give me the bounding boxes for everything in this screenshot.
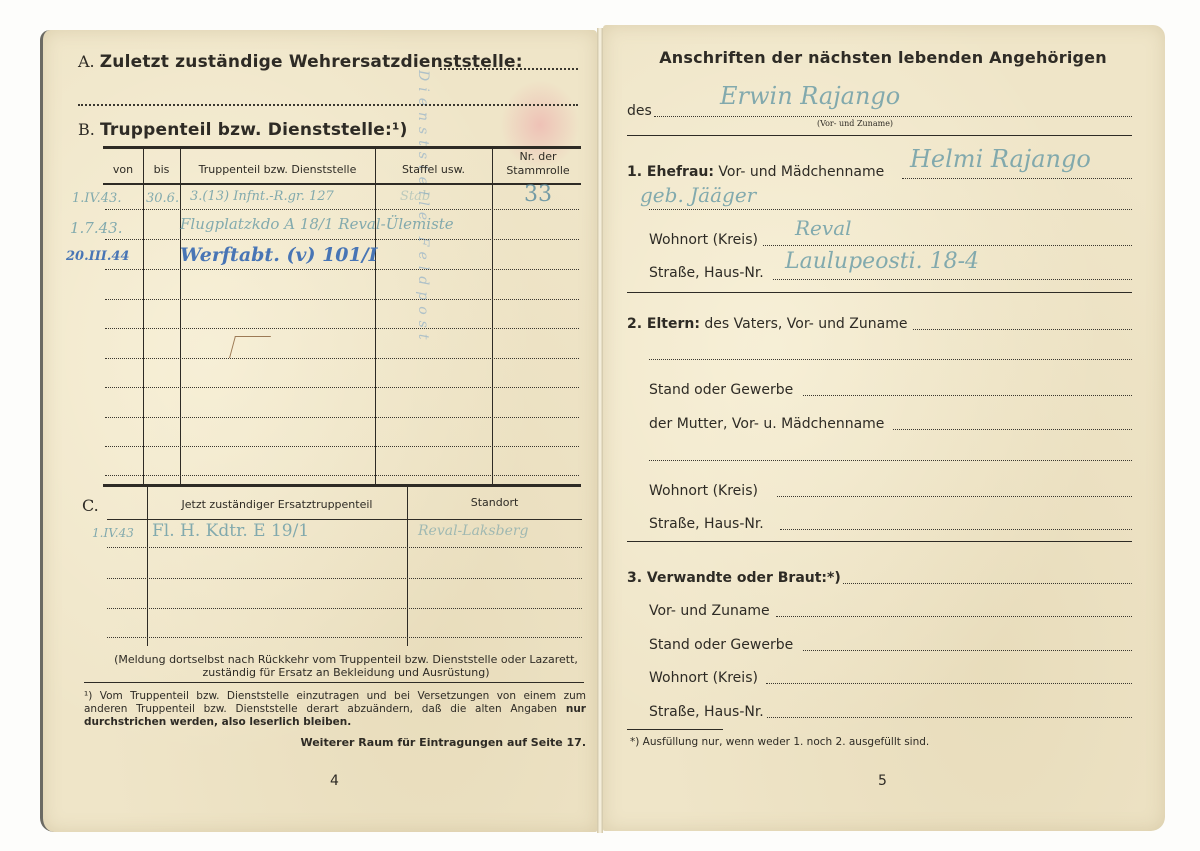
table-b-header-unit: Truppenteil bzw. Dienststelle	[180, 163, 375, 176]
table-c-col-divider	[407, 486, 408, 646]
section-1-title: 1. Ehefrau:	[627, 164, 714, 180]
footnote-rule	[84, 682, 584, 683]
wife-wohnort-field-line[interactable]	[763, 245, 1132, 246]
row-nr: 33	[524, 182, 552, 207]
row-von: 1.7.43.	[70, 219, 122, 237]
des-caption: (Vor- und Zuname)	[800, 119, 910, 128]
row-date: 1.IV.43	[92, 526, 134, 540]
des-rule	[627, 135, 1132, 136]
page-number-right: 5	[878, 773, 887, 789]
footnote-text: ¹) Vom Truppenteil bzw. Dienststelle ein…	[84, 690, 586, 715]
table-b-col-divider	[180, 148, 181, 485]
section-2-heading: 2. Eltern: des Vaters, Vor- und Zuname	[627, 316, 907, 332]
table-c-header-unit: Jetzt zuständiger Ersatztruppenteil	[147, 498, 407, 511]
table-b-col-divider	[492, 148, 493, 485]
wife-name-field-line-2[interactable]	[649, 209, 1132, 210]
table-b-header-von: von	[103, 163, 143, 176]
wife-name-value: Helmi Rajango	[910, 145, 1091, 173]
wife-strasse-label: Straße, Haus-Nr.	[649, 265, 764, 281]
mother-name-field-line-2[interactable]	[649, 460, 1132, 461]
section-3-field-line[interactable]	[843, 583, 1132, 584]
father-name-field-line[interactable]	[913, 329, 1132, 330]
row-von: 20.III.44	[66, 249, 129, 264]
table-c-header-rule	[107, 519, 582, 520]
section-1-heading: 1. Ehefrau: Vor- und Mädchenname	[627, 164, 884, 180]
table-b-top-rule	[103, 146, 581, 149]
table-c-header-standort: Standort	[407, 496, 582, 509]
more-space-note: Weiterer Raum für Eintragungen auf Seite…	[300, 736, 586, 749]
row-unit: Flugplatzkdo A 18/1 Reval-Ülemiste	[180, 215, 454, 233]
relative-wohnort-field-line[interactable]	[766, 683, 1132, 684]
des-field-line[interactable]	[654, 116, 1132, 117]
mother-name-label: der Mutter, Vor- u. Mädchenname	[649, 416, 884, 432]
relative-strasse-label: Straße, Haus-Nr.	[649, 704, 764, 720]
row-unit: Fl. H. Kdtr. E 19/1	[152, 521, 309, 541]
des-label: des	[627, 103, 652, 119]
father-name-label: des Vaters, Vor- und Zuname	[704, 316, 907, 332]
parents-strasse-label: Straße, Haus-Nr.	[649, 516, 764, 532]
section-b-heading: B. Truppenteil bzw. Dienststelle:¹)	[78, 120, 408, 140]
table-b-header-bis: bis	[143, 163, 180, 176]
row-standort: Reval-Laksberg	[418, 523, 529, 539]
page-number-left: 4	[330, 773, 339, 789]
section-b-letter: B.	[78, 120, 95, 139]
relative-name-label: Vor- und Zuname	[649, 603, 770, 619]
des-value: Erwin Rajango	[720, 82, 900, 110]
pencil-mark	[229, 336, 271, 358]
row-unit: Werftabt. (v) 101/I	[180, 244, 378, 266]
relative-stand-label: Stand oder Gewerbe	[649, 637, 793, 653]
mother-name-field-line[interactable]	[893, 429, 1132, 430]
relative-wohnort-label: Wohnort (Kreis)	[649, 670, 758, 686]
parents-strasse-field-line[interactable]	[780, 529, 1132, 530]
table-b-header-nr: Nr. der Stammrolle	[500, 150, 576, 178]
wife-strasse-value: Laulupeosti. 18-4	[785, 249, 979, 274]
section-3-heading: 3. Verwandte oder Braut:*)	[627, 570, 841, 586]
table-b-header-staffel: Staffel usw.	[375, 163, 492, 176]
vertical-blue-stamp: Dienststelle Feldpost	[415, 70, 431, 550]
section-b-label: Truppenteil bzw. Dienststelle:¹)	[100, 120, 408, 140]
section-a-field-line-1[interactable]	[440, 68, 578, 70]
section-2-title: 2. Eltern:	[627, 316, 700, 332]
relative-stand-field-line[interactable]	[803, 650, 1132, 651]
wife-maiden-name-value: geb. Jääger	[640, 183, 756, 207]
section-c-note: (Meldung dortselbst nach Rückkehr vom Tr…	[108, 653, 584, 679]
wife-wohnort-value: Reval	[795, 216, 852, 240]
row-von: 1.IV.43.	[72, 191, 121, 206]
section-1-name-label: Vor- und Mädchenname	[718, 164, 884, 180]
relative-strasse-field-line[interactable]	[767, 717, 1132, 718]
left-footnote: ¹) Vom Truppenteil bzw. Dienststelle ein…	[84, 690, 586, 729]
table-c-top-rule	[103, 484, 581, 486]
section-1-rule	[627, 292, 1132, 293]
wife-wohnort-label: Wohnort (Kreis)	[649, 232, 758, 248]
parents-wohnort-field-line[interactable]	[777, 496, 1132, 497]
table-b-header-rule	[103, 183, 581, 185]
right-page-title: Anschriften der nächsten lebenden Angehö…	[603, 48, 1163, 67]
section-a-field-line-2[interactable]	[78, 104, 578, 106]
parents-wohnort-label: Wohnort (Kreis)	[649, 483, 758, 499]
section-2-rule	[627, 541, 1132, 542]
right-footnote: *) Ausfüllung nur, wenn weder 1. noch 2.…	[630, 736, 929, 748]
row-bis: 30.6.	[146, 191, 179, 206]
father-name-field-line-2[interactable]	[649, 359, 1132, 360]
wife-strasse-field-line[interactable]	[773, 279, 1132, 280]
father-stand-field-line[interactable]	[803, 395, 1132, 396]
father-stand-label: Stand oder Gewerbe	[649, 382, 793, 398]
section-c-letter: C.	[82, 496, 99, 515]
table-b-col-divider	[143, 148, 144, 485]
table-b-col-divider	[375, 148, 376, 485]
section-a-letter: A.	[78, 52, 95, 71]
row-staffel: Stab	[400, 189, 430, 204]
relative-name-field-line[interactable]	[776, 616, 1132, 617]
wife-name-field-line[interactable]	[902, 178, 1132, 179]
row-unit: 3.(13) Infnt.-R.gr. 127	[190, 189, 334, 204]
right-footnote-rule	[627, 729, 723, 730]
